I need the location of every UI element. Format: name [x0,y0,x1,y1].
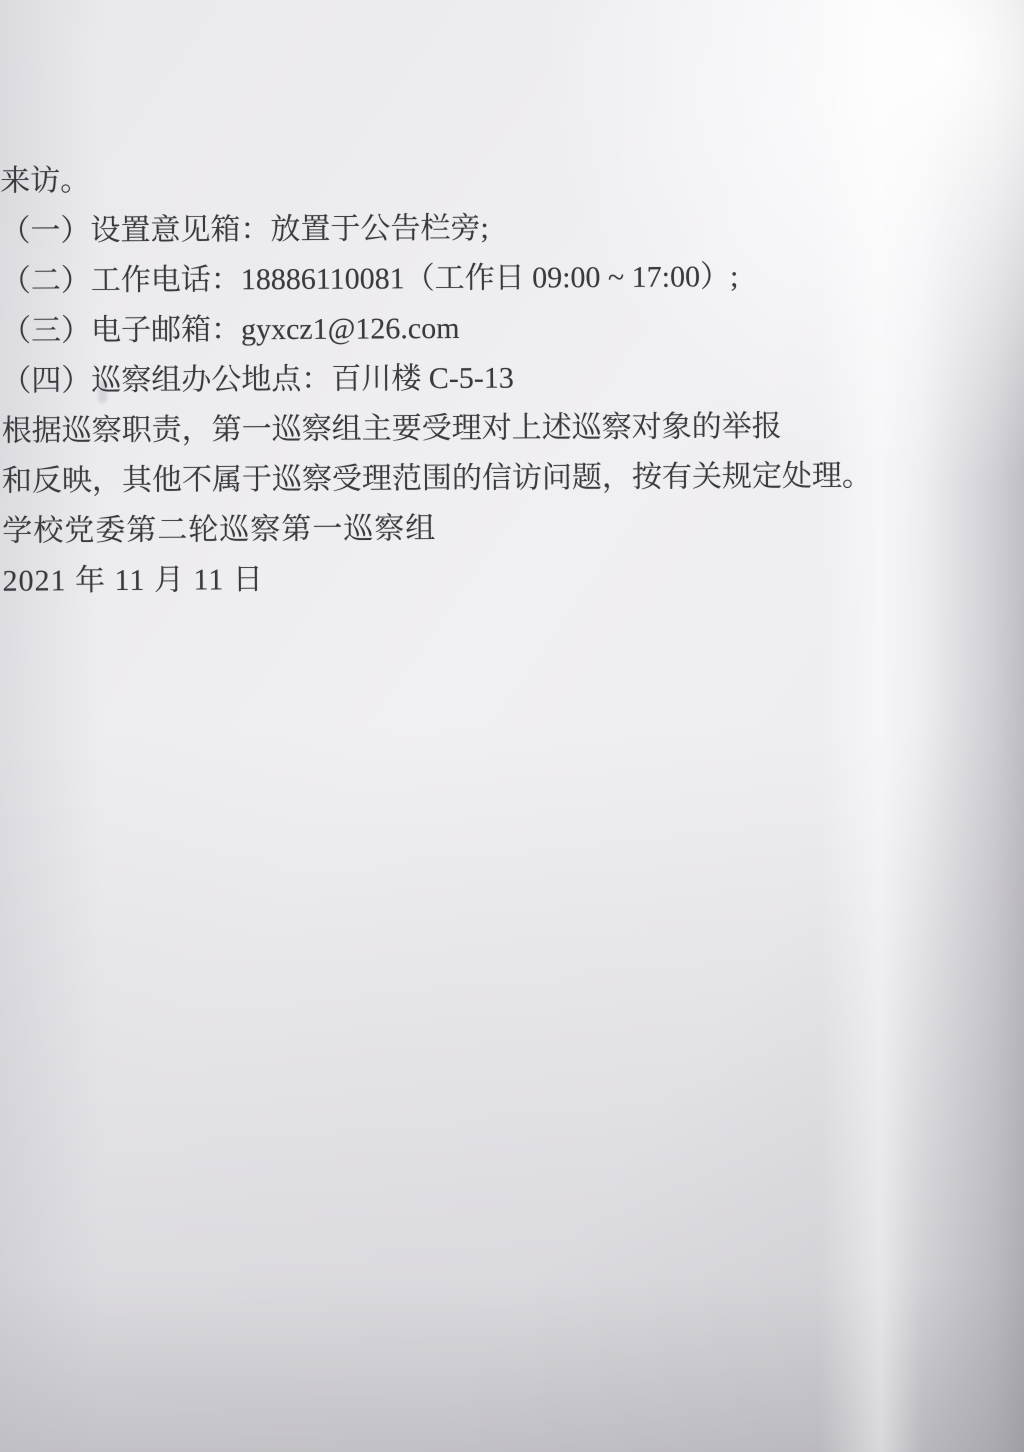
signature-line: 学校党委第二轮巡察第一巡察组 [2,500,1024,556]
document-photo: 来访。 （一）设置意见箱：放置于公告栏旁; （二）工作电话：1888611008… [0,0,1024,1452]
list-item-office-location: （四）巡察组办公地点：百川楼 C-5-13 [1,350,1024,406]
paragraph-line-1: 根据巡察职责，第一巡察组主要受理对上述巡察对象的举报 [2,400,1024,456]
date-line: 2021 年 11 月 11 日 [2,550,1024,606]
list-item-suggestion-box: （一）设置意见箱：放置于公告栏旁; [0,200,1024,256]
document-text-block: 来访。 （一）设置意见箱：放置于公告栏旁; （二）工作电话：1888611008… [0,150,1024,606]
list-item-work-phone: （二）工作电话：18886110081（工作日 09:00 ~ 17:00）; [1,250,1024,306]
list-item-email: （三）电子邮箱：gyxcz1@126.com [1,300,1024,356]
intro-line: 来访。 [0,150,1024,206]
paragraph-line-2: 和反映，其他不属于巡察受理范围的信访问题，按有关规定处理。 [2,450,1024,506]
